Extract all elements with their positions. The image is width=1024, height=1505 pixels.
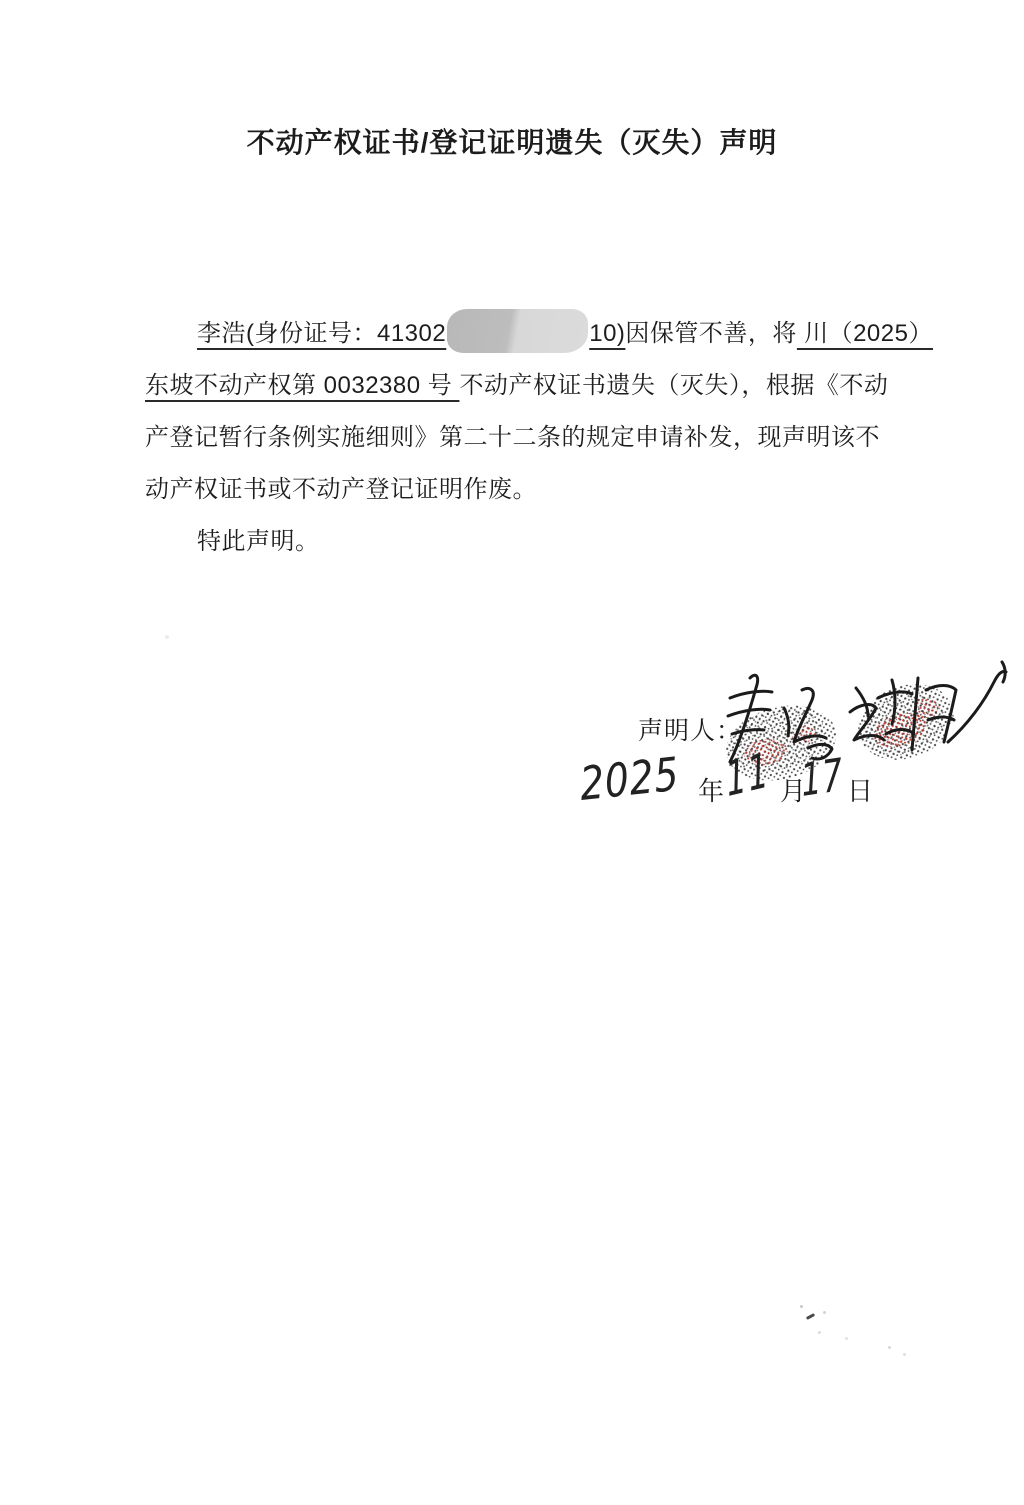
underlined-id-tail-segment: 10) xyxy=(589,320,625,347)
date-year-label: 年 xyxy=(698,771,724,808)
underlined-cert-number-segment: 东坡不动产权第 0032380 号 xyxy=(145,372,459,399)
closing-statement: 特此声明。 xyxy=(197,528,320,555)
date-day-label: 日 xyxy=(847,771,873,808)
handwritten-day: 17 xyxy=(799,748,846,807)
scanned-declaration-page: 不动产权证书/登记证明遗失（灭失）声明 李浩(身份证号：4130210)因保管不… xyxy=(0,0,1024,1505)
document-title: 不动产权证书/登记证明遗失（灭失）声明 xyxy=(0,121,1024,161)
paragraph-line-4: 动产权证书或不动产登记证明作废。 xyxy=(145,464,890,516)
scan-speck xyxy=(823,1311,826,1314)
plain-text-segment: 产登记暂行条例实施细则》第二十二条的规定申请补发，现声明该不 xyxy=(145,424,880,451)
plain-text-segment: 动产权证书或不动产登记证明作废。 xyxy=(145,476,537,503)
plain-text-segment: 因保管不善，将 xyxy=(625,320,797,347)
scan-speck xyxy=(818,1331,821,1334)
paragraph-line-5: 特此声明。 xyxy=(145,516,890,568)
scan-speck xyxy=(800,1305,803,1308)
underlined-cert-prefix-segment: 川（2025） xyxy=(797,320,933,347)
handwritten-year: 2025 xyxy=(578,747,681,811)
paragraph-line-1: 李浩(身份证号：4130210)因保管不善，将 川（2025） xyxy=(145,308,890,360)
paragraph-line-2: 东坡不动产权第 0032380 号 不动产权证书遗失（灭失），根据《不动 xyxy=(145,360,890,412)
scan-speck xyxy=(845,1337,848,1340)
scan-speck xyxy=(903,1353,906,1356)
underlined-name-id-segment: 李浩(身份证号：41302 xyxy=(197,320,446,347)
scan-speck xyxy=(165,635,169,639)
scan-speck xyxy=(888,1346,891,1349)
scan-speck xyxy=(806,1313,815,1320)
handwritten-month: 11 xyxy=(723,742,773,808)
declaration-paragraph: 李浩(身份证号：4130210)因保管不善，将 川（2025） 东坡不动产权第 … xyxy=(145,308,890,568)
redaction-blur xyxy=(447,309,588,353)
paragraph-line-3: 产登记暂行条例实施细则》第二十二条的规定申请补发，现声明该不 xyxy=(145,412,890,464)
plain-text-segment: 不动产权证书遗失（灭失），根据《不动 xyxy=(459,372,888,399)
